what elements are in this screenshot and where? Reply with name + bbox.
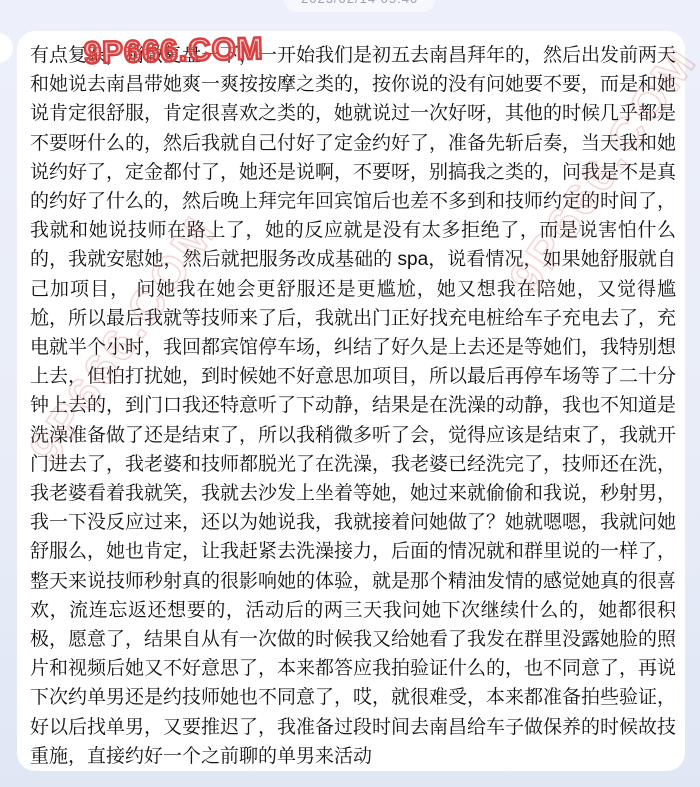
- timestamp-text: 2023/02/14 05:40: [301, 0, 418, 6]
- edge-circle-decoration: [0, 33, 13, 63]
- message-text: 有点复杂，稍微复盘一下，一开始我们是初五去南昌拜年的，然后出发前两天和她说去南昌…: [30, 41, 676, 771]
- message-bubble: 有点复杂，稍微复盘一下，一开始我们是初五去南昌拜年的，然后出发前两天和她说去南昌…: [17, 31, 685, 771]
- timestamp-bubble: 2023/02/14 05:40: [283, 0, 436, 12]
